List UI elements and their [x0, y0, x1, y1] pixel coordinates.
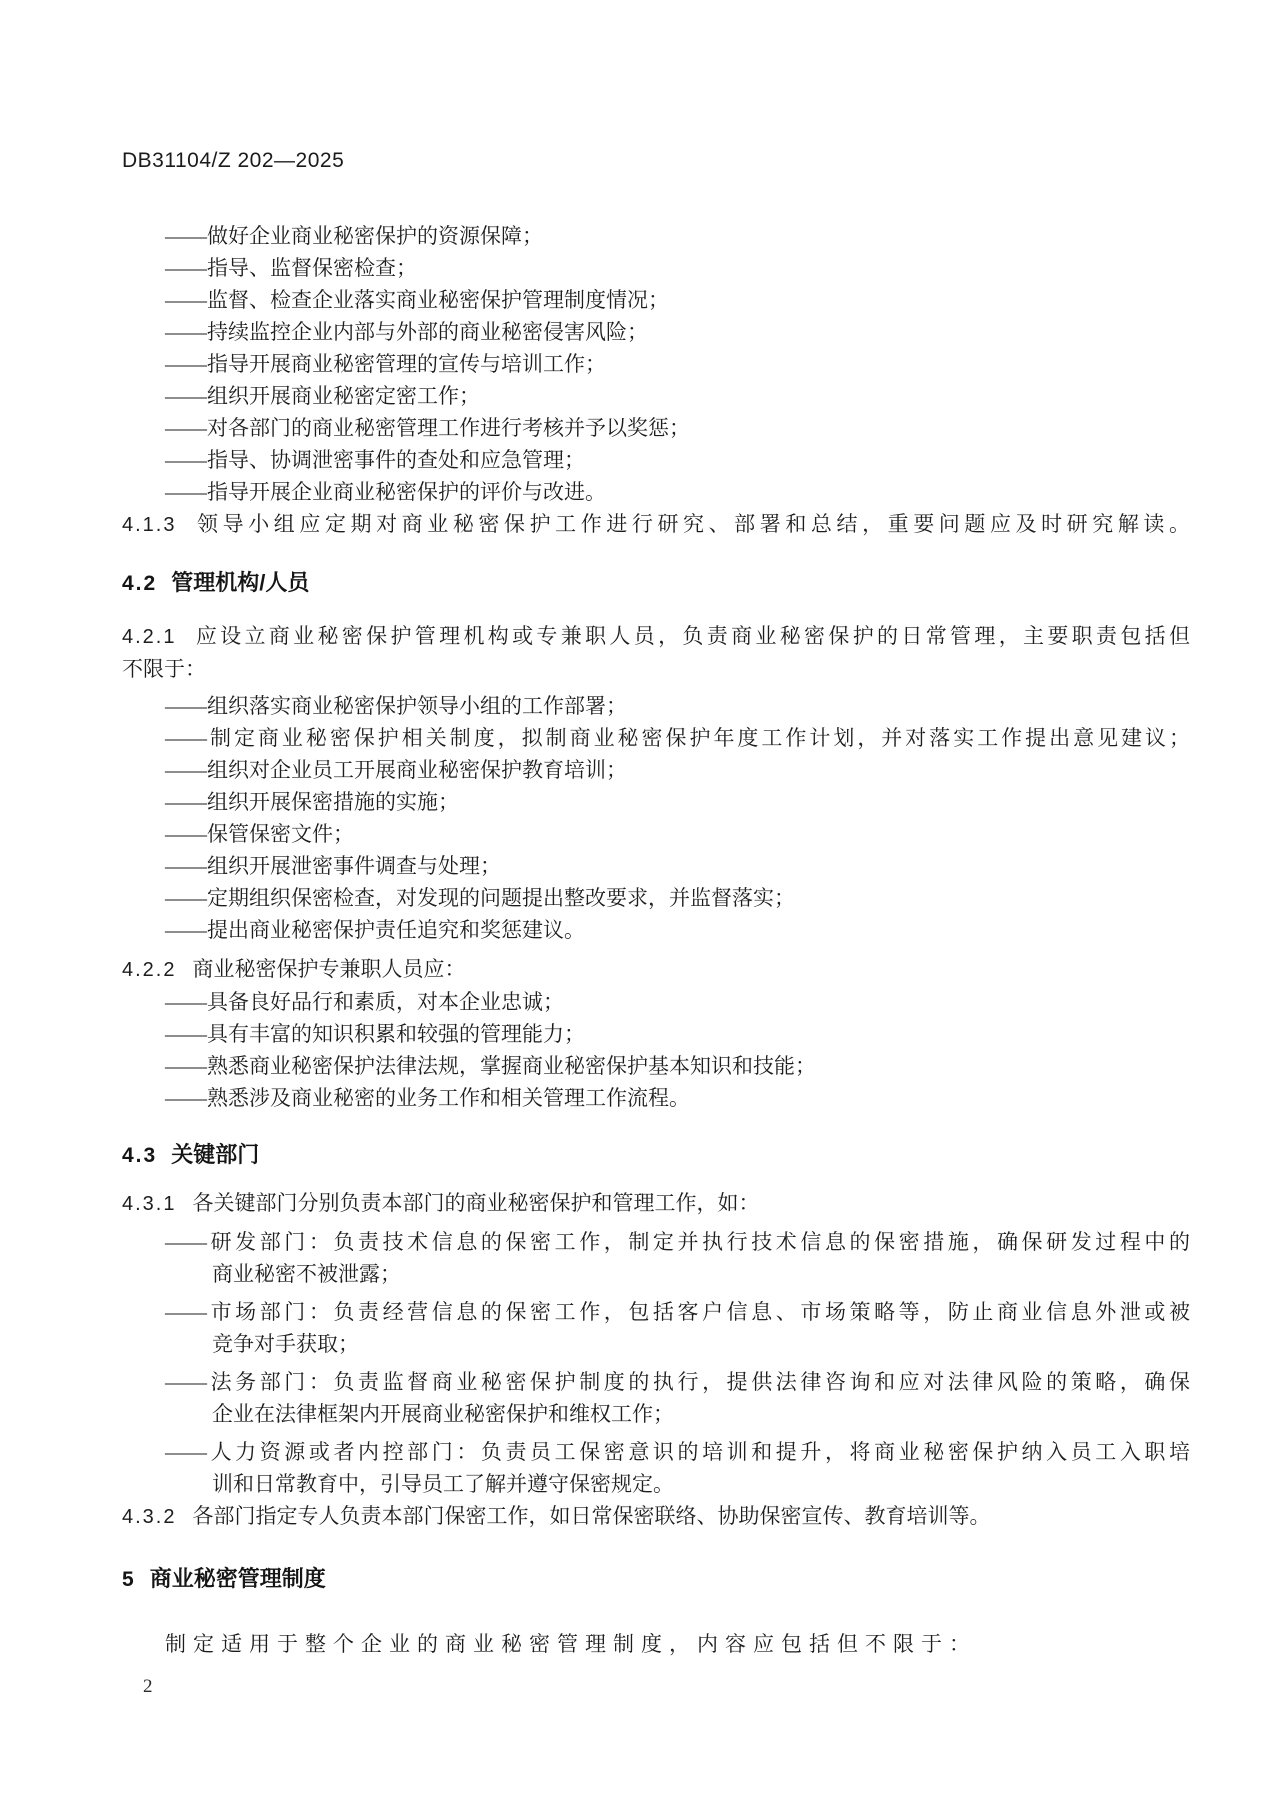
list-item: ——做好企业商业秘密保护的资源保障； — [165, 220, 1190, 252]
list-item: ——提出商业秘密保护责任追究和奖惩建议。 — [165, 914, 1190, 946]
list-item: ——监督、检查企业落实商业秘密保护管理制度情况； — [165, 284, 1190, 316]
list-item: ——保管保密文件； — [165, 818, 1190, 850]
list-item: ——持续监控企业内部与外部的商业秘密侵害风险； — [165, 316, 1190, 348]
section-number: 5 — [122, 1568, 136, 1591]
clause-continuation: 不限于： — [122, 653, 1190, 685]
document-number: DB31104/Z 202—2025 — [122, 148, 1190, 174]
clause-number: 4.3.1 — [122, 1193, 176, 1215]
section-title: 管理机构/人员 — [171, 570, 309, 595]
clause-text: 各关键部门分别负责本部门的商业秘密保护和管理工作，如： — [192, 1191, 759, 1215]
clause-text: 各部门指定专人负责本部门保密工作，如日常保密联络、协助保密宣传、教育培训等。 — [192, 1504, 990, 1528]
section-number: 4.2 — [122, 572, 157, 595]
list-item: ——指导开展商业秘密管理的宣传与培训工作； — [165, 348, 1190, 380]
list-item: ——具有丰富的知识积累和较强的管理能力； — [165, 1018, 1190, 1050]
clause-line: 4.3.1各关键部门分别负责本部门的商业秘密保护和管理工作，如： — [122, 1187, 1190, 1220]
clause-number: 4.1.3 — [122, 514, 176, 536]
list-item-continuation: 竞争对手获取； — [212, 1328, 1190, 1360]
list-item-continuation: 商业秘密不被泄露； — [212, 1258, 1190, 1290]
document-body: ——做好企业商业秘密保护的资源保障；——指导、监督保密检查；——监督、检查企业落… — [122, 220, 1190, 1660]
section-number: 4.3 — [122, 1144, 157, 1167]
list-item-continuation: 企业在法律框架内开展商业秘密保护和维权工作； — [212, 1398, 1190, 1430]
list-item: ——组织开展泄密事件调查与处理； — [165, 850, 1190, 882]
list-item-continuation: 训和日常教育中，引导员工了解并遵守保密规定。 — [212, 1468, 1190, 1500]
clause-text: 应设立商业秘密保护管理机构或专兼职人员，负责商业秘密保护的日常管理，主要职责包括… — [192, 624, 1190, 648]
list-item: ——指导、协调泄密事件的查处和应急管理； — [165, 444, 1190, 476]
paragraph-line: 制定适用于整个企业的商业秘密管理制度，内容应包括但不限于： — [165, 1628, 1190, 1660]
list-item: ——市场部门：负责经营信息的保密工作，包括客户信息、市场策略等，防止商业信息外泄… — [165, 1296, 1190, 1328]
list-item: ——具备良好品行和素质，对本企业忠诚； — [165, 986, 1190, 1018]
list-item: ——组织落实商业秘密保护领导小组的工作部署； — [165, 690, 1190, 722]
list-item: ——定期组织保密检查，对发现的问题提出整改要求，并监督落实； — [165, 882, 1190, 914]
list-item: ——法务部门：负责监督商业秘密保护制度的执行，提供法律咨询和应对法律风险的策略，… — [165, 1366, 1190, 1398]
clause-line: 4.2.1应设立商业秘密保护管理机构或专兼职人员，负责商业秘密保护的日常管理，主… — [122, 620, 1190, 653]
clause-number: 4.2.2 — [122, 959, 176, 981]
section-heading: 5商业秘密管理制度 — [122, 1563, 1190, 1596]
document-page: DB31104/Z 202—2025 ——做好企业商业秘密保护的资源保障；——指… — [0, 0, 1280, 1700]
section-title: 商业秘密管理制度 — [150, 1566, 326, 1591]
section-title: 关键部门 — [171, 1142, 259, 1167]
list-item: ——熟悉涉及商业秘密的业务工作和相关管理工作流程。 — [165, 1082, 1190, 1114]
clause-number: 4.3.2 — [122, 1506, 176, 1528]
clause-text: 商业秘密保护专兼职人员应： — [192, 957, 465, 981]
list-item: ——研发部门：负责技术信息的保密工作，制定并执行技术信息的保密措施，确保研发过程… — [165, 1226, 1190, 1258]
clause-line: 4.3.2各部门指定专人负责本部门保密工作，如日常保密联络、协助保密宣传、教育培… — [122, 1500, 1190, 1533]
list-item: ——对各部门的商业秘密管理工作进行考核并予以奖惩； — [165, 412, 1190, 444]
list-item: ——制定商业秘密保护相关制度，拟制商业秘密保护年度工作计划，并对落实工作提出意见… — [165, 722, 1190, 754]
list-item: ——指导、监督保密检查； — [165, 252, 1190, 284]
list-item: ——人力资源或者内控部门：负责员工保密意识的培训和提升，将商业秘密保护纳入员工入… — [165, 1436, 1190, 1468]
section-heading: 4.2管理机构/人员 — [122, 567, 1190, 600]
clause-line: 4.2.2商业秘密保护专兼职人员应： — [122, 953, 1190, 986]
clause-line: 4.1.3领导小组应定期对商业秘密保护工作进行研究、部署和总结，重要问题应及时研… — [122, 508, 1190, 541]
section-heading: 4.3关键部门 — [122, 1139, 1190, 1172]
clause-number: 4.2.1 — [122, 626, 176, 648]
list-item: ——熟悉商业秘密保护法律法规，掌握商业秘密保护基本知识和技能； — [165, 1050, 1190, 1082]
list-item: ——组织开展保密措施的实施； — [165, 786, 1190, 818]
page-number: 2 — [143, 1674, 1190, 1700]
list-item: ——指导开展企业商业秘密保护的评价与改进。 — [165, 476, 1190, 508]
list-item: ——组织开展商业秘密定密工作； — [165, 380, 1190, 412]
list-item: ——组织对企业员工开展商业秘密保护教育培训； — [165, 754, 1190, 786]
clause-text: 领导小组应定期对商业秘密保护工作进行研究、部署和总结，重要问题应及时研究解读。 — [192, 512, 1190, 536]
